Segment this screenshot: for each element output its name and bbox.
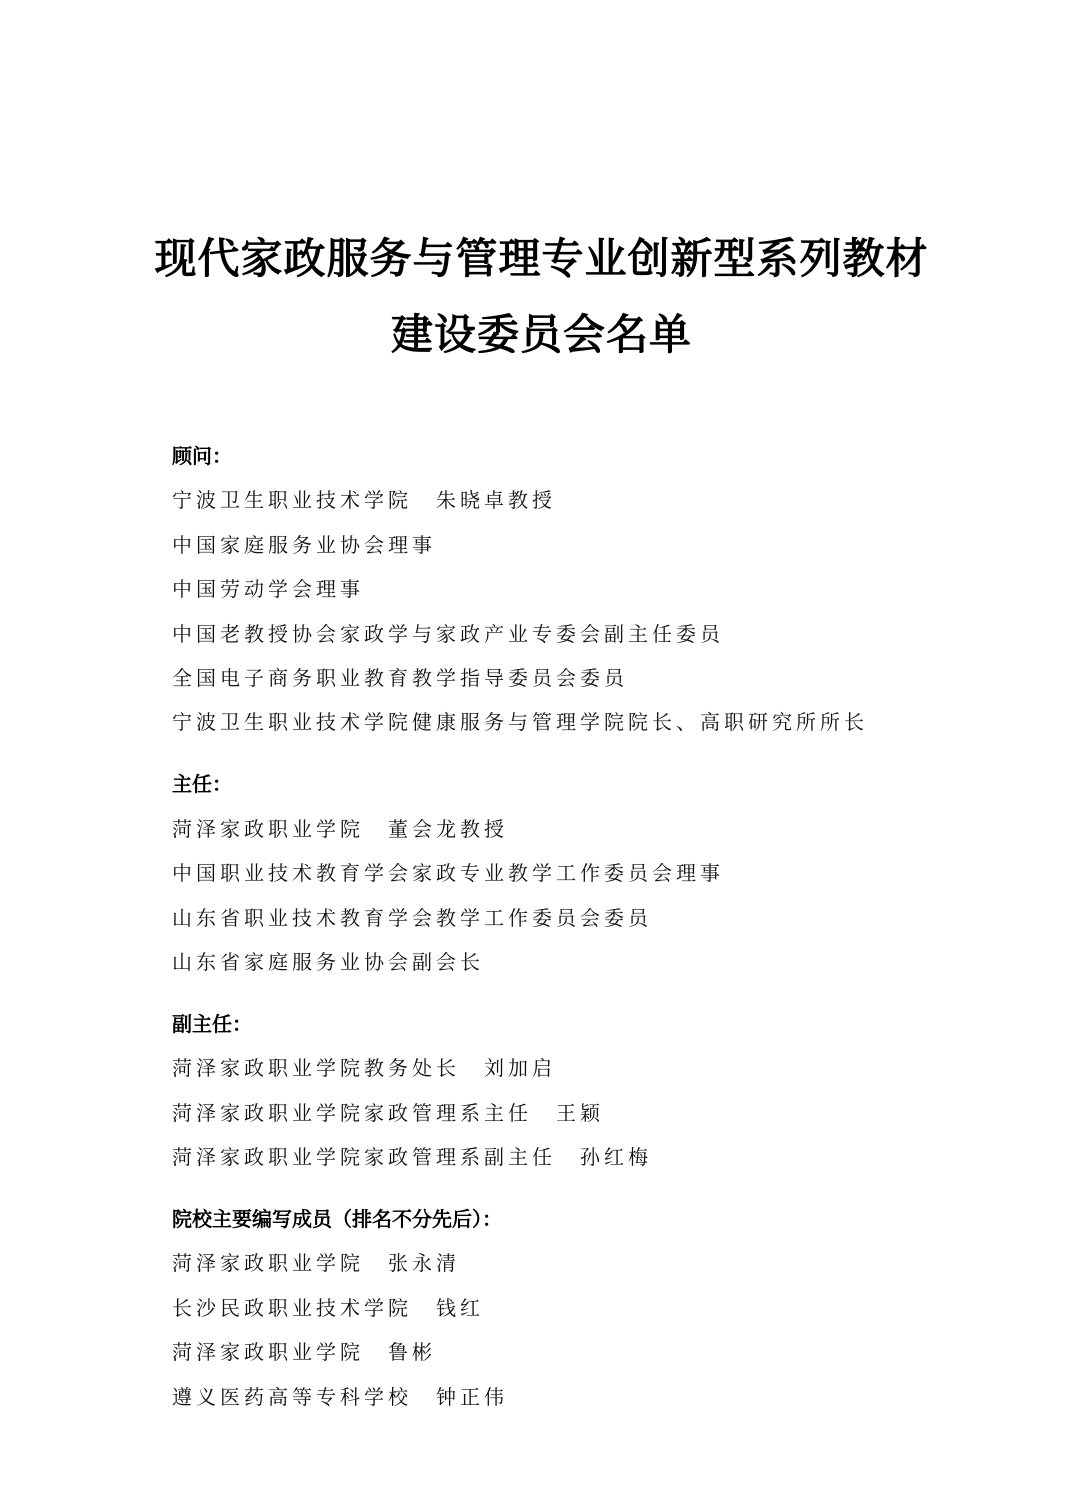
list-item: 全国电子商务职业教育教学指导委员会委员 xyxy=(172,662,628,691)
org-text: 长沙民政职业技术学院 xyxy=(172,1296,412,1320)
list-item: 菏泽家政职业学院董会龙教授 xyxy=(172,813,508,842)
person-name: 张永清 xyxy=(388,1251,460,1275)
section-heading-writers: 院校主要编写成员（排名不分先后）： xyxy=(172,1203,502,1232)
list-item: 菏泽家政职业学院家政管理系副主任孙红梅 xyxy=(172,1141,652,1170)
list-item: 遵义医药高等专科学校钟正伟 xyxy=(172,1381,508,1410)
person-name: 刘加启 xyxy=(484,1056,556,1080)
person-name: 钱红 xyxy=(436,1296,484,1320)
org-text: 菏泽家政职业学院家政管理系主任 xyxy=(172,1101,532,1125)
person-name: 董会龙教授 xyxy=(388,817,508,841)
section-heading-advisor: 顾问： xyxy=(172,440,232,469)
list-item: 山东省职业技术教育学会教学工作委员会委员 xyxy=(172,902,652,931)
title-line-1: 现代家政服务与管理专业创新型系列教材 xyxy=(0,226,1083,286)
list-item: 菏泽家政职业学院家政管理系主任王颖 xyxy=(172,1097,604,1126)
org-text: 菏泽家政职业学院 xyxy=(172,1251,364,1275)
person-name: 钟正伟 xyxy=(436,1385,508,1409)
list-item: 宁波卫生职业技术学院健康服务与管理学院院长、高职研究所所长 xyxy=(172,706,868,735)
org-text: 宁波卫生职业技术学院 xyxy=(172,488,412,512)
org-text: 菏泽家政职业学院家政管理系副主任 xyxy=(172,1145,556,1169)
person-name: 朱晓卓教授 xyxy=(436,488,556,512)
list-item: 中国老教授协会家政学与家政产业专委会副主任委员 xyxy=(172,618,724,647)
section-heading-director: 主任： xyxy=(172,768,232,797)
list-item: 菏泽家政职业学院鲁彬 xyxy=(172,1336,436,1365)
person-name: 孙红梅 xyxy=(580,1145,652,1169)
org-text: 菏泽家政职业学院 xyxy=(172,1340,364,1364)
person-name: 鲁彬 xyxy=(388,1340,436,1364)
title-line-2: 建设委员会名单 xyxy=(0,302,1083,362)
list-item: 中国职业技术教育学会家政专业教学工作委员会理事 xyxy=(172,857,724,886)
list-item: 中国劳动学会理事 xyxy=(172,573,364,602)
list-item: 山东省家庭服务业协会副会长 xyxy=(172,946,484,975)
person-name: 王颖 xyxy=(556,1101,604,1125)
list-item: 菏泽家政职业学院教务处长刘加启 xyxy=(172,1052,556,1081)
org-text: 遵义医药高等专科学校 xyxy=(172,1385,412,1409)
list-item: 菏泽家政职业学院张永清 xyxy=(172,1247,460,1276)
list-item: 长沙民政职业技术学院钱红 xyxy=(172,1292,484,1321)
list-item: 宁波卫生职业技术学院朱晓卓教授 xyxy=(172,484,556,513)
org-text: 菏泽家政职业学院 xyxy=(172,817,364,841)
section-heading-deputy-director: 副主任： xyxy=(172,1008,252,1037)
list-item: 中国家庭服务业协会理事 xyxy=(172,529,436,558)
org-text: 菏泽家政职业学院教务处长 xyxy=(172,1056,460,1080)
